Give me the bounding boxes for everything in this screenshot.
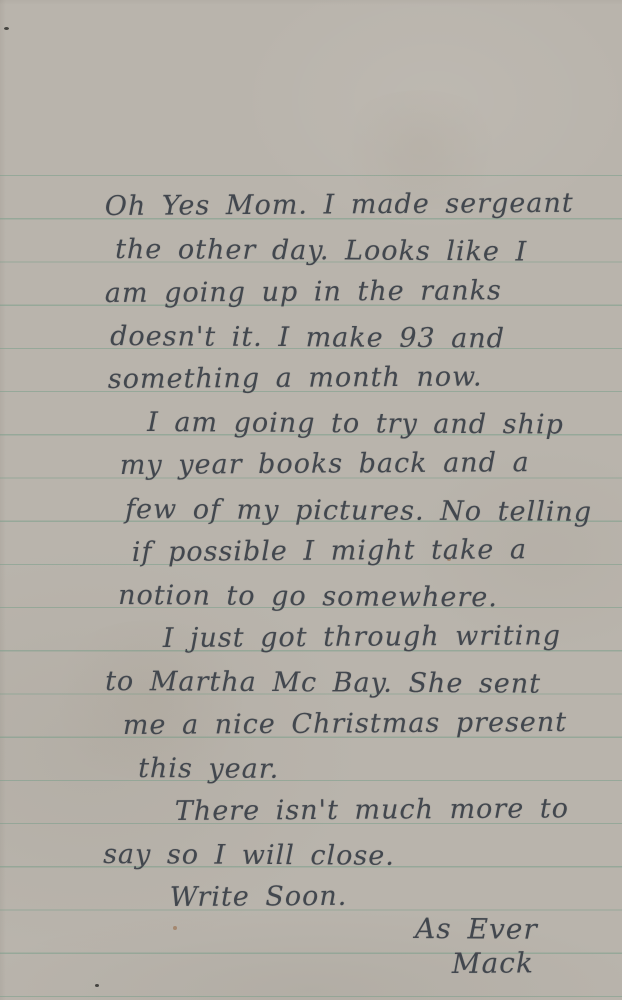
handwriting-line: my year books back and a [120, 444, 530, 485]
handwriting-line: doesn't it. I make 93 and [110, 318, 505, 358]
handwriting-line: the other day. Looks like I [115, 231, 527, 272]
signature-name-line: Mack [452, 944, 534, 983]
handwriting-line: I am going to try and ship [147, 404, 564, 445]
handwriting-line: if possible I might take a [132, 531, 527, 572]
paper-speck [173, 926, 177, 930]
handwriting-line: Write Soon. [170, 878, 348, 917]
handwriting-line: me a nice Christmas present [123, 704, 567, 745]
handwriting-line: this year. [138, 750, 279, 789]
paper-speck [95, 984, 99, 987]
handwriting-line: something a month now. [108, 358, 483, 399]
signature-closing-line: As Ever [415, 910, 538, 949]
handwriting-line: few of my pictures. No telling [125, 491, 592, 532]
paper-speck [4, 27, 9, 30]
handwriting-line: to Martha Mc Bay. She sent [105, 663, 541, 704]
handwriting-line: notion to go somewhere. [118, 577, 498, 617]
handwriting-line: There isn't much more to [175, 790, 569, 831]
handwriting-line: Oh Yes Mom. I made sergeant [105, 185, 574, 226]
handwriting-line: say so I will close. [103, 836, 395, 876]
handwriting-line: am going up in the ranks [105, 272, 502, 313]
letter-page: Oh Yes Mom. I made sergeant the other da… [0, 0, 622, 1000]
handwriting-line: I just got through writing [163, 617, 561, 658]
